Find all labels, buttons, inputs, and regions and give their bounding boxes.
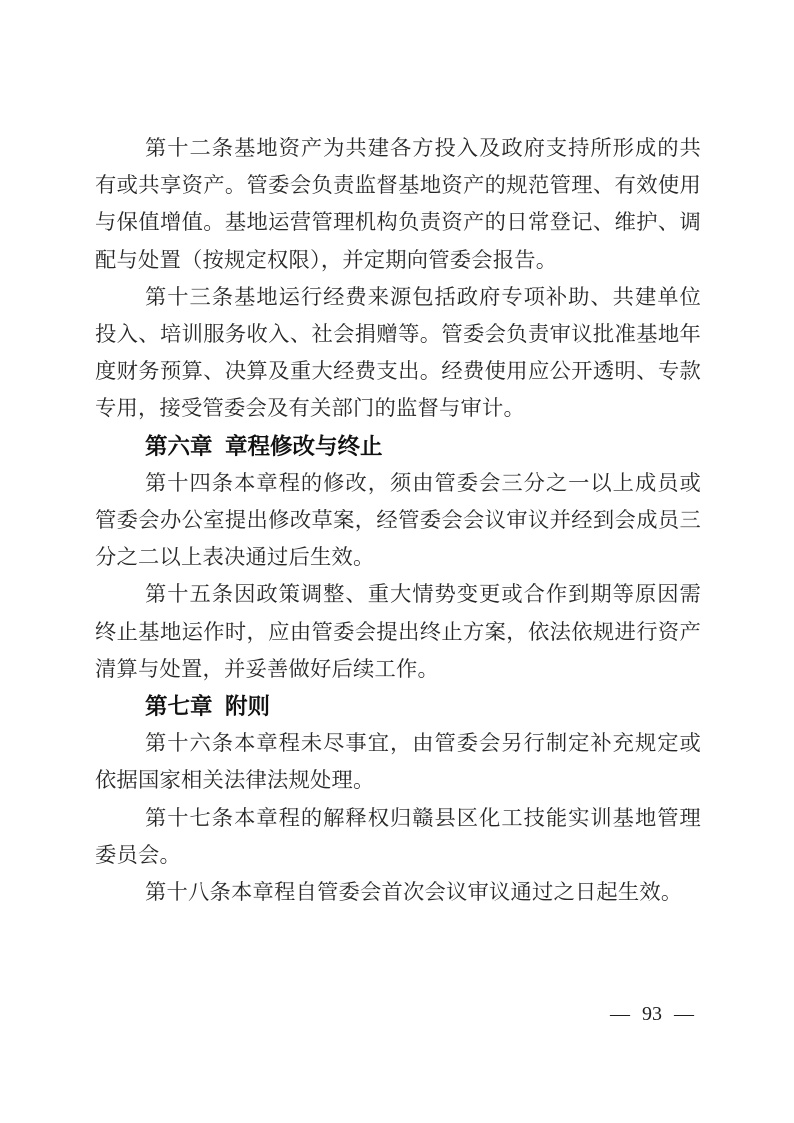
chapter-7-heading: 第七章 附则 bbox=[95, 688, 701, 725]
chapter-6-heading: 第六章 章程修改与终止 bbox=[95, 428, 701, 465]
page-footer: — 93 — bbox=[610, 1003, 694, 1026]
paragraph-article-14: 第十四条本章程的修改，须由管委会三分之一以上成员或管委会办公室提出修改草案，经管… bbox=[95, 465, 701, 577]
paragraph-article-17: 第十七条本章程的解释权归赣县区化工技能实训基地管理委员会。 bbox=[95, 800, 701, 874]
paragraph-article-18: 第十八条本章程自管委会首次会议审议通过之日起生效。 bbox=[95, 874, 701, 911]
document-page: 第十二条基地资产为共建各方投入及政府支持所形成的共有或共享资产。管委会负责监督基… bbox=[0, 0, 794, 1123]
paragraph-article-12: 第十二条基地资产为共建各方投入及政府支持所形成的共有或共享资产。管委会负责监督基… bbox=[95, 130, 701, 279]
footer-dash-right: — bbox=[674, 1003, 694, 1026]
paragraph-article-15: 第十五条因政策调整、重大情势变更或合作到期等原因需终止基地运作时，应由管委会提出… bbox=[95, 576, 701, 688]
paragraph-article-16: 第十六条本章程未尽事宜，由管委会另行制定补充规定或依据国家相关法律法规处理。 bbox=[95, 725, 701, 799]
paragraph-article-13: 第十三条基地运行经费来源包括政府专项补助、共建单位投入、培训服务收入、社会捐赠等… bbox=[95, 279, 701, 428]
document-body: 第十二条基地资产为共建各方投入及政府支持所形成的共有或共享资产。管委会负责监督基… bbox=[95, 130, 701, 911]
footer-dash-left: — bbox=[610, 1003, 630, 1026]
page-number: 93 bbox=[642, 1003, 662, 1026]
